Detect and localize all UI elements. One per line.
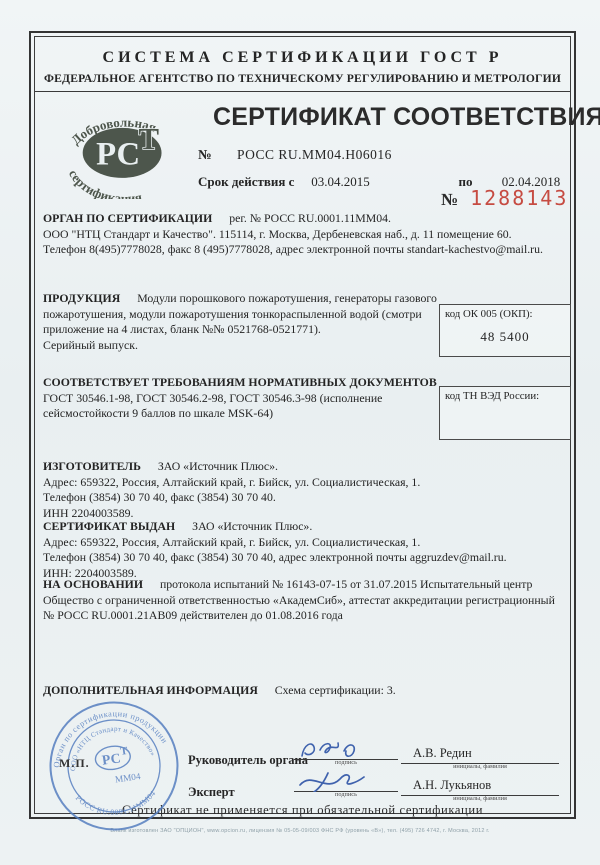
okp-code-box: код ОК 005 (ОКП): 48 5400 xyxy=(439,304,571,357)
section-basis: НА ОСНОВАНИИ протокола испытаний № 16143… xyxy=(43,577,567,624)
manufacturer-label: ИЗГОТОВИТЕЛЬ xyxy=(43,459,141,473)
logo-t-letter: Т xyxy=(138,122,159,156)
certificate-number-value: РОСС RU.ММ04.Н06016 xyxy=(237,147,392,162)
manufacturer-phone: Телефон (3854) 30 70 40, факс (3854) 30 … xyxy=(43,490,567,506)
issued-label: СЕРТИФИКАТ ВЫДАН xyxy=(43,519,175,533)
header-divider xyxy=(35,91,570,92)
tnved-code-label: код ТН ВЭД России: xyxy=(445,390,565,402)
basis-label: НА ОСНОВАНИИ xyxy=(43,577,143,591)
stamp-center-letters: РС xyxy=(101,750,121,767)
tnved-code-box: код ТН ВЭД России: xyxy=(439,386,571,440)
expert-name: А.Н. Лукьянов xyxy=(401,778,559,795)
validity-label: Срок действия с xyxy=(198,174,308,190)
manufacturer-name: ЗАО «Источник Плюс». xyxy=(158,459,278,473)
section-manufacturer: ИЗГОТОВИТЕЛЬ ЗАО «Источник Плюс». Адрес:… xyxy=(43,459,567,521)
product-serial-note: Серийный выпуск. xyxy=(43,338,441,354)
agency-title: ФЕДЕРАЛЬНОЕ АГЕНТСТВО ПО ТЕХНИЧЕСКОМУ РЕ… xyxy=(35,72,570,85)
product-label: ПРОДУКЦИЯ xyxy=(43,291,120,305)
org-address: ООО "НТЦ Стандарт и Качество". 115114, г… xyxy=(43,227,567,243)
additional-info-text: Схема сертификации: 3. xyxy=(275,683,396,697)
certificate-title: СЕРТИФИКАТ СООТВЕТСТВИЯ xyxy=(213,103,600,132)
stamp-place-mark: М.П. xyxy=(59,756,90,771)
signature-caption: подпись xyxy=(294,759,398,766)
blank-number-value: 1288143 xyxy=(470,186,568,210)
org-reg-number: рег. № РОСС RU.0001.11ММ04. xyxy=(229,211,391,225)
svg-text:РОСС RU.0001.11ММ04: РОСС RU.0001.11ММ04 xyxy=(73,783,160,823)
org-contacts: Телефон 8(495)7778028, факс 8 (495)77780… xyxy=(43,242,567,258)
stamp-center-t: Т xyxy=(120,745,130,758)
section-certification-body: ОРГАН ПО СЕРТИФИКАЦИИ рег. № РОСС RU.000… xyxy=(43,211,567,258)
number-sign: № xyxy=(198,147,212,162)
section-conformity: СООТВЕТСТВУЕТ ТРЕБОВАНИЯМ НОРМАТИВНЫХ ДО… xyxy=(43,375,443,422)
issued-address: Адрес: 659322, Россия, Алтайский край, г… xyxy=(43,535,567,551)
logo-letters: РС xyxy=(96,136,140,172)
name-caption: инициалы, фамилия xyxy=(401,763,559,770)
certificate-frame: СИСТЕМА СЕРТИФИКАЦИИ ГОСТ Р ФЕДЕРАЛЬНОЕ … xyxy=(34,36,571,814)
blank-number-sign: № xyxy=(441,190,458,209)
issued-phone: Телефон (3854) 30 70 40, факс (3854) 30 … xyxy=(43,550,567,566)
head-of-body-label: Руководитель органа xyxy=(188,753,308,768)
section-product: ПРОДУКЦИЯ Модули порошкового пожаротушен… xyxy=(43,291,441,353)
issued-name: ЗАО «Источник Плюс». xyxy=(192,519,312,533)
head-name: А.В. Редин xyxy=(401,746,559,763)
stamp-bottom-arc-text: РОСС RU.0001.11ММ04 xyxy=(73,783,160,823)
okp-code-label: код ОК 005 (ОКП): xyxy=(445,308,565,320)
signature-caption: подпись xyxy=(294,791,398,798)
head-name-block: А.В. Редин инициалы, фамилия xyxy=(401,746,559,764)
okp-code-value: 48 5400 xyxy=(445,329,565,345)
conformity-standards: ГОСТ 30546.1-98, ГОСТ 30546.2-98, ГОСТ 3… xyxy=(43,391,443,422)
expert-signature: подпись xyxy=(294,770,398,792)
manufacturer-address: Адрес: 659322, Россия, Алтайский край, г… xyxy=(43,475,567,491)
certificate-number-row: № РОСС RU.ММ04.Н06016 xyxy=(198,147,392,163)
validity-from-date: 03.04.2015 xyxy=(311,174,406,190)
expert-name-block: А.Н. Лукьянов инициалы, фамилия xyxy=(401,778,559,796)
certificate-page: СИСТЕМА СЕРТИФИКАЦИИ ГОСТ Р ФЕДЕРАЛЬНОЕ … xyxy=(0,0,600,865)
name-caption: инициалы, фамилия xyxy=(401,795,559,802)
blank-number: № 1288143 xyxy=(441,186,568,210)
head-signature: подпись xyxy=(294,738,398,760)
rst-logo-icon: Добровольная Т РС сертификация xyxy=(47,99,203,199)
system-title: СИСТЕМА СЕРТИФИКАЦИИ ГОСТ Р xyxy=(35,49,570,67)
org-label: ОРГАН ПО СЕРТИФИКАЦИИ xyxy=(43,211,212,225)
stamp-center-code: ММ04 xyxy=(114,771,141,785)
section-issued-to: СЕРТИФИКАТ ВЫДАН ЗАО «Источник Плюс». Ад… xyxy=(43,519,567,581)
conformity-label: СООТВЕТСТВУЕТ ТРЕБОВАНИЯМ НОРМАТИВНЫХ ДО… xyxy=(43,375,437,389)
expert-label: Эксперт xyxy=(188,785,235,800)
